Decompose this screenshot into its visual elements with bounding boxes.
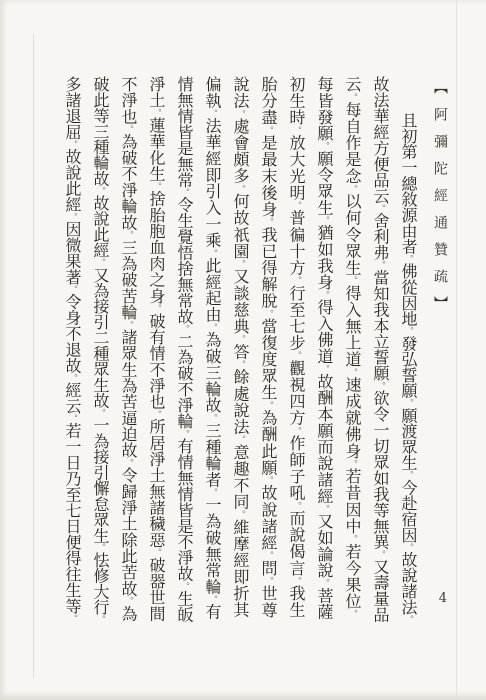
text-column: 多諸退屈。故說此經。因微果著。令身不退故。經云。若一日乃至七日便得往生等。	[58, 76, 86, 628]
scan-edge-line	[456, 0, 457, 700]
text-column: 淨土。蓮華化生。捨胎胞血肉之身。破有情不淨也。所居淨土無諸穢惡。破器世間	[142, 76, 170, 628]
text-column: 每皆發願。願令眾生。猶如我身。得入佛道。故酬本願而說諸經。又如論說。菩薩	[310, 76, 338, 628]
scanned-sutra-page: 【阿彌陀經通贊疏】 且初第一總敘源由者。佛從因地。發弘誓願。願渡眾生。今赴宿因。…	[0, 0, 486, 700]
text-column: 且初第一總敘源由者。佛從因地。發弘誓願。願渡眾生。今赴宿因。故說諸法。	[394, 76, 422, 628]
text-column: 故法華經方便品云。舍利弗。當知我本立誓願。欲令一切眾如我等無異。又壽量品	[366, 76, 394, 628]
text-column: 破此等三種輪故。故說此經。又為接引二種眾生故。一為接引懈怠眾生。怯修大行。	[86, 76, 114, 628]
scan-gutter-line	[33, 34, 34, 678]
text-column: 說法。處會頗多。何故祇園。又談慈典。答。餘處說法。意趣不同。維摩經即折其	[226, 76, 254, 628]
text-column: 初生時。放大光明。普徧十方。行至七步。觀視四方。作師子吼。而說偈言。我生	[282, 76, 310, 628]
text-column: 情無情皆是無常。令生覺悟捨無常故。二為破不淨輪。有情無情皆是不淨故。生皈	[170, 76, 198, 628]
page-number: 4	[439, 591, 447, 606]
text-columns: 且初第一總敘源由者。佛從因地。發弘誓願。願渡眾生。今赴宿因。故說諸法。故法華經方…	[58, 76, 422, 628]
text-column: 云。每自作是念。以何令眾生。得入無上道。速成就佛身。若昔因中。若今果位。	[338, 76, 366, 628]
scan-shadow-bottom	[0, 691, 486, 700]
book-title: 【阿彌陀經通贊疏】	[430, 80, 450, 323]
text-column: 胎分盡。是最末後身。我已得解脫。當復度眾生。為酬此願。故說諸經。問。世尊	[254, 76, 282, 628]
text-column: 偏執。法華經即引入一乘。此經起由。為破三輪故。三種輪者。一為破無常輪。有	[198, 76, 226, 628]
text-column: 不淨也。為破不淨輪故。三為破苦輪。諸眾生為苦逼迫故。令歸淨土除此苦故。為	[114, 76, 142, 628]
scan-shadow-left	[0, 0, 7, 700]
scan-shadow-top	[0, 0, 486, 5]
